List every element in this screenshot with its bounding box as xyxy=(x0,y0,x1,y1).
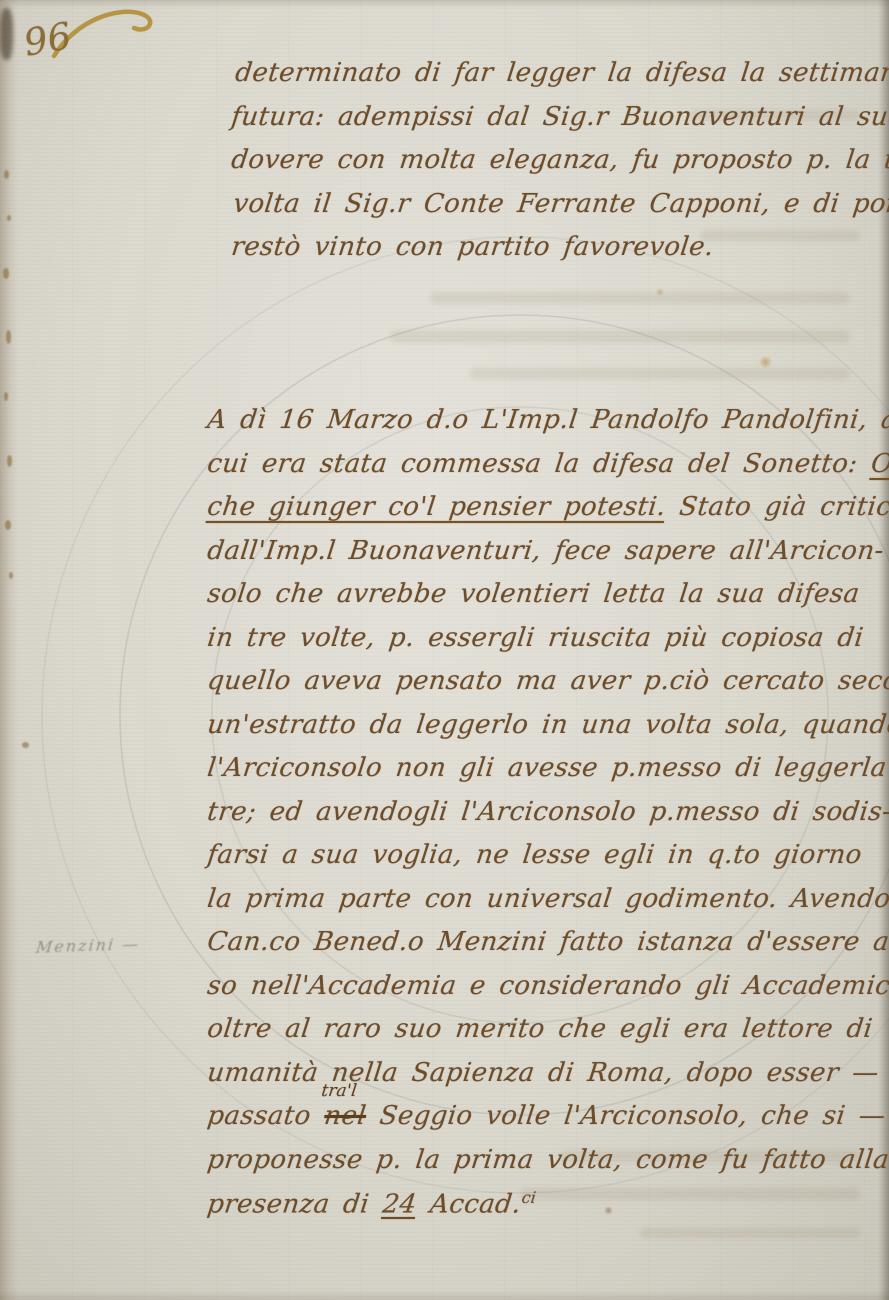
manuscript-line: passato neltra'l Seggio volle l'Arcicons… xyxy=(204,1101,889,1145)
paper-speck xyxy=(4,170,9,179)
ghost-bleed xyxy=(430,292,850,304)
line-text: Seggio volle l'Arciconsolo, che si — xyxy=(364,1101,887,1131)
manuscript-line: restò vinto con partito favorevole. xyxy=(228,232,889,276)
line-text: Accad. xyxy=(415,1190,523,1220)
paper-speck xyxy=(3,268,9,279)
sonnet-title-start: O tu xyxy=(869,449,889,479)
abbreviation-superscript: ci xyxy=(521,1188,537,1207)
manuscript-line: volta il Sig.r Conte Ferrante Capponi, e… xyxy=(228,189,889,233)
paper-speck xyxy=(7,455,12,467)
manuscript-page-scan: 96 Menzini — determinato di far legger l… xyxy=(0,0,889,1300)
interlinear-insertion: tra'l xyxy=(320,1081,358,1101)
manuscript-line: oltre al raro suo merito che egli era le… xyxy=(204,1014,889,1058)
page-left-edge xyxy=(0,0,18,1300)
line-text: passato xyxy=(206,1101,327,1131)
manuscript-line: futura: adempissi dal Sig.r Buonaventuri… xyxy=(228,102,889,146)
ghost-bleed xyxy=(390,330,850,343)
ink-stain xyxy=(758,356,773,368)
manuscript-line: umanità nella Sapienza di Roma, dopo ess… xyxy=(204,1058,889,1102)
manuscript-line: dall'Imp.l Buonaventuri, fece sapere all… xyxy=(204,536,889,580)
paper-speck xyxy=(7,215,11,221)
struck-word-text: nel xyxy=(323,1101,368,1131)
folio-number: 96 xyxy=(21,14,75,65)
line-text: Stato già criticato xyxy=(664,492,889,522)
manuscript-line: quello aveva pensato ma aver p.ciò cerca… xyxy=(204,666,889,710)
manuscript-line: l'Arciconsolo non gli avesse p.messo di … xyxy=(204,753,889,797)
manuscript-line: solo che avrebbe volentieri letta la sua… xyxy=(204,579,889,623)
manuscript-line: Can.co Bened.o Menzini fatto istanza d'e… xyxy=(204,927,889,971)
manuscript-line: cui era stata commessa la difesa del Son… xyxy=(204,449,889,493)
line-text: presenza di xyxy=(205,1190,384,1220)
corner-ink-smudge xyxy=(0,8,13,60)
manuscript-line: che giunger co'l pensier potesti. Stato … xyxy=(204,492,889,536)
paper-speck xyxy=(6,330,11,344)
page-bottom-edge xyxy=(0,1290,889,1300)
manuscript-line: A dì 16 Marzo d.o L'Imp.l Pandolfo Pando… xyxy=(204,405,889,449)
manuscript-line: presenza di 24 Accad.ci xyxy=(204,1188,889,1232)
manuscript-line: la prima parte con universal godimento. … xyxy=(204,884,889,928)
manuscript-line: in tre volte, p. essergli riuscita più c… xyxy=(204,623,889,667)
manuscript-line: determinato di far legger la difesa la s… xyxy=(228,58,889,102)
attendee-count: 24 xyxy=(381,1190,419,1220)
manuscript-line: so nell'Accademia e considerando gli Acc… xyxy=(204,971,889,1015)
manuscript-line: dovere con molta eleganza, fu proposto p… xyxy=(228,145,889,189)
line-text: cui era stata commessa la difesa del Son… xyxy=(206,449,873,479)
manuscript-paragraph-2: A dì 16 Marzo d.o L'Imp.l Pandolfo Pando… xyxy=(204,405,889,1232)
paper-speck xyxy=(4,392,8,401)
sonnet-title-underlined: che giunger co'l pensier potesti. xyxy=(206,492,668,522)
struck-word: neltra'l xyxy=(323,1101,368,1131)
marginal-note-menzini: Menzini — xyxy=(35,934,141,957)
paper-speck xyxy=(9,572,13,579)
manuscript-paragraph-1: determinato di far legger la difesa la s… xyxy=(228,58,889,276)
ghost-bleed xyxy=(470,368,850,379)
paper-speck xyxy=(5,520,11,530)
manuscript-line: tre; ed avendogli l'Arciconsolo p.messo … xyxy=(204,797,889,841)
manuscript-line: un'estratto da leggerlo in una volta sol… xyxy=(204,710,889,754)
manuscript-line: proponesse p. la prima volta, come fu fa… xyxy=(204,1145,889,1189)
paper-speck xyxy=(22,742,29,748)
manuscript-line: farsi a sua voglia, ne lesse egli in q.t… xyxy=(204,840,889,884)
